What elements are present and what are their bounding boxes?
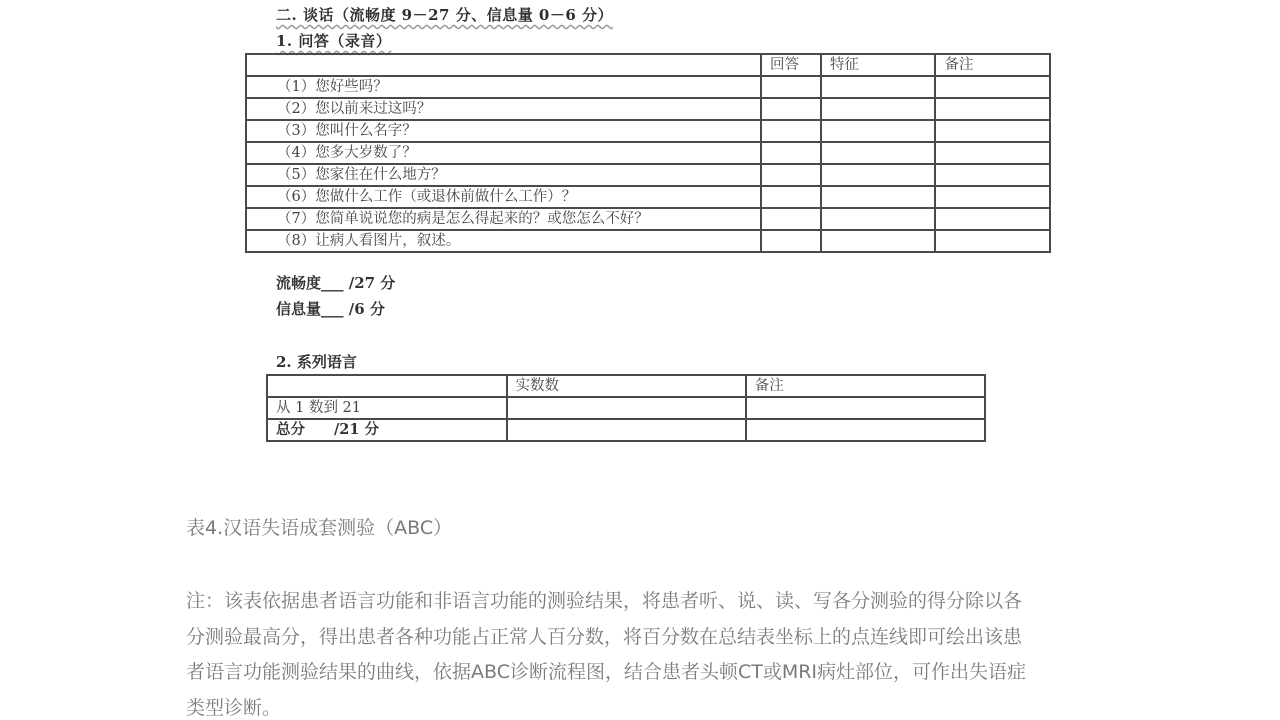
total-score-cell: 总分 /21 分	[267, 419, 507, 441]
table-row: （8）让病人看图片，叙述。	[246, 230, 1050, 252]
feature-cell	[821, 120, 936, 142]
answer-cell	[761, 98, 821, 120]
remark-cell	[746, 419, 985, 441]
table-header-cell: 备注	[746, 375, 985, 397]
feature-cell	[821, 230, 936, 252]
feature-cell	[821, 186, 936, 208]
answer-cell	[761, 186, 821, 208]
note-line: 者语言功能测验结果的曲线，依据ABC诊断流程图，结合患者头顿CT或MRI病灶部位…	[186, 655, 1146, 691]
answer-cell	[761, 76, 821, 98]
answer-cell	[761, 208, 821, 230]
table-row: （4）您多大岁数了？	[246, 142, 1050, 164]
remark-cell	[935, 230, 1050, 252]
question-cell: （8）让病人看图片，叙述。	[246, 230, 761, 252]
table-header-row: 回答 特征 备注	[246, 54, 1050, 76]
section-title: 二. 谈话（流畅度 9－27 分、信息量 0－6 分）	[276, 4, 613, 25]
question-cell: （6）您做什么工作（或退休前做什么工作）？	[246, 186, 761, 208]
feature-cell	[821, 98, 936, 120]
table-row: （7）您简单说说您的病是怎么得起来的？或您怎么不好？	[246, 208, 1050, 230]
answer-cell	[761, 142, 821, 164]
table-header-row: 实数数 备注	[267, 375, 985, 397]
table-header-cell: 回答	[761, 54, 821, 76]
table-row: 从 1 数到 21	[267, 397, 985, 419]
remark-cell	[935, 76, 1050, 98]
count-cell	[507, 419, 746, 441]
note-paragraph: 注：该表依据患者语言功能和非语言功能的测验结果，将患者听、说、读、写各分测验的得…	[186, 584, 1146, 720]
table-row: （1）您好些吗？	[246, 76, 1050, 98]
answer-cell	[761, 120, 821, 142]
answer-cell	[761, 230, 821, 252]
table-header-cell: 备注	[935, 54, 1050, 76]
qa-table: 回答 特征 备注 （1）您好些吗？ （2）您以前来过这吗？ （3）您叫什么名字？…	[245, 53, 1051, 253]
note-line: 类型诊断。	[186, 691, 1146, 720]
subsection-title-qa: 1. 问答（录音）	[276, 30, 391, 51]
fluency-score-line: 流畅度___ /27 分	[276, 272, 395, 293]
remark-cell	[935, 164, 1050, 186]
remark-cell	[746, 397, 985, 419]
remark-cell	[935, 208, 1050, 230]
note-line: 分测验最高分，得出患者各种功能占正常人百分数，将百分数在总结表坐标上的点连线即可…	[186, 620, 1146, 656]
subsection-title-series: 2. 系列语言	[276, 351, 357, 372]
feature-cell	[821, 164, 936, 186]
table-row: （6）您做什么工作（或退休前做什么工作）？	[246, 186, 1050, 208]
information-score-line: 信息量___ /6 分	[276, 298, 385, 319]
table-header-cell	[267, 375, 507, 397]
table-header-cell	[246, 54, 761, 76]
series-language-table: 实数数 备注 从 1 数到 21 总分 /21 分	[266, 374, 986, 442]
feature-cell	[821, 208, 936, 230]
count-cell	[507, 397, 746, 419]
item-cell: 从 1 数到 21	[267, 397, 507, 419]
question-cell: （2）您以前来过这吗？	[246, 98, 761, 120]
question-cell: （5）您家住在什么地方？	[246, 164, 761, 186]
remark-cell	[935, 142, 1050, 164]
remark-cell	[935, 98, 1050, 120]
table-row: （3）您叫什么名字？	[246, 120, 1050, 142]
question-cell: （7）您简单说说您的病是怎么得起来的？或您怎么不好？	[246, 208, 761, 230]
question-cell: （1）您好些吗？	[246, 76, 761, 98]
note-line: 注：该表依据患者语言功能和非语言功能的测验结果，将患者听、说、读、写各分测验的得…	[186, 584, 1146, 620]
table-caption: 表4.汉语失语成套测验（ABC）	[186, 513, 452, 540]
question-cell: （3）您叫什么名字？	[246, 120, 761, 142]
feature-cell	[821, 142, 936, 164]
table-row: （2）您以前来过这吗？	[246, 98, 1050, 120]
table-header-cell: 特征	[821, 54, 936, 76]
scanned-form-image: 二. 谈话（流畅度 9－27 分、信息量 0－6 分） 1. 问答（录音） 回答…	[0, 0, 1280, 470]
remark-cell	[935, 186, 1050, 208]
table-header-cell: 实数数	[507, 375, 746, 397]
remark-cell	[935, 120, 1050, 142]
answer-cell	[761, 164, 821, 186]
table-row: （5）您家住在什么地方？	[246, 164, 1050, 186]
table-row: 总分 /21 分	[267, 419, 985, 441]
question-cell: （4）您多大岁数了？	[246, 142, 761, 164]
feature-cell	[821, 76, 936, 98]
